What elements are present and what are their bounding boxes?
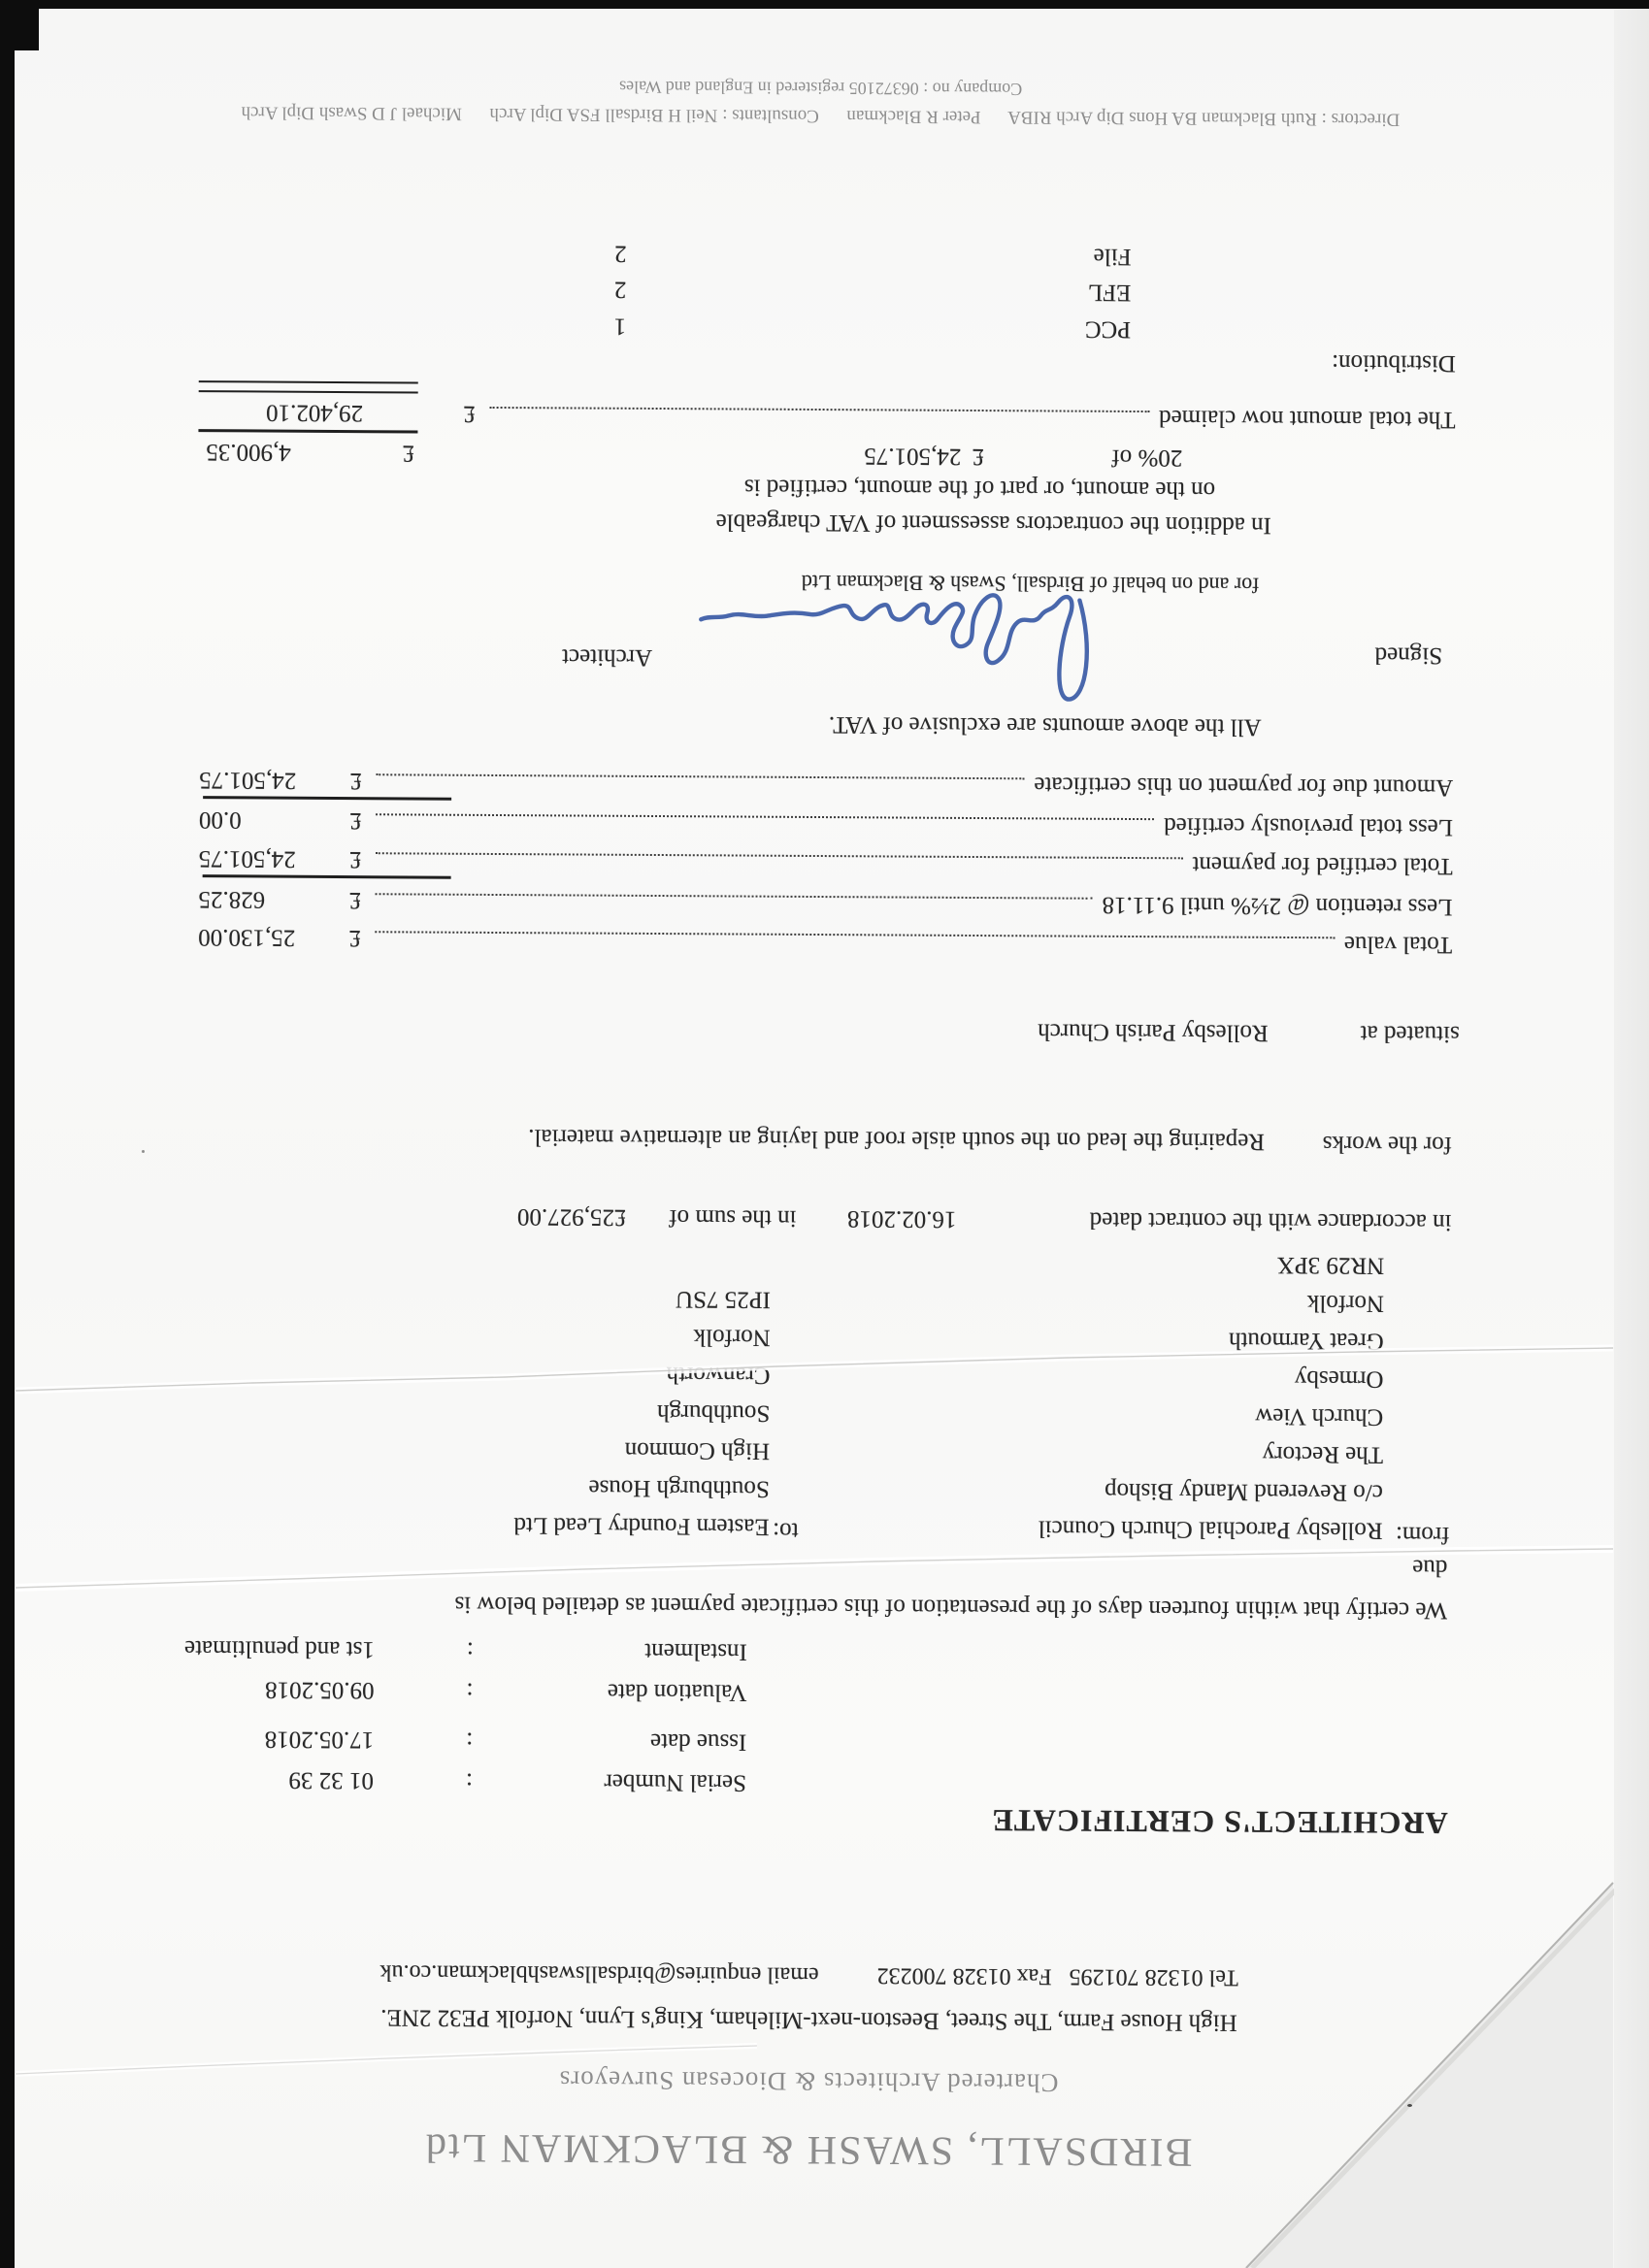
meta-value: 17.05.2018 [265,1726,375,1754]
row-label: Less total previously certified [1164,811,1453,840]
from-line: c/o Reverend Mandy Bishop [1039,1471,1383,1511]
to-line: Southburgh [514,1393,770,1432]
meta-row-issue-date: Issue date:17.05.2018 [265,1724,747,1758]
scanner-edge-left [0,0,15,2268]
situated-value: Rollesby Parish Church [1038,1015,1269,1047]
financial-row-amount-due: Amount due for payment on this certifica… [199,766,1453,801]
contract-date: 16.02.2018 [847,1202,957,1234]
meta-colon: : [374,1724,473,1756]
meta-label: Valuation date [473,1675,746,1708]
from-line: Church View [1039,1396,1383,1435]
vat-calc-label: 20% of [1111,442,1182,473]
vat-amount-rule [198,430,417,434]
dot-leader [376,893,1093,900]
works-description: Repairing the lead on the south aisle ro… [411,1118,1265,1158]
scanned-document-page: { "letterhead": { "company": "BIRDSALL, … [0,0,1649,2268]
works-label: for the works [1323,1128,1453,1160]
from-line: Great Yarmouth [1039,1320,1384,1360]
currency-symbol: £ [441,400,476,427]
row-label: Total certified for payment [1192,850,1452,879]
situated-label: situated at [1361,1017,1460,1049]
financial-row-previous: Less total previously certified£0.00 [199,805,1453,840]
vat-calc-base: 24,501.75 [864,440,961,472]
to-line: Norfolk [515,1317,771,1357]
distribution-label: Distribution: [1332,346,1456,378]
financial-row-certified: Total certified for payment£24,501.75 [199,844,1453,879]
currency-symbol: £ [326,924,361,951]
meta-label: Serial Number [473,1765,746,1798]
paper-sheet: BIRDSALL, SWASH & BLACKMAN Ltd Chartered… [15,9,1614,2268]
meta-value: 09.05.2018 [265,1677,375,1704]
signature-stroke [701,593,1087,699]
company-contact: Tel 01328 701295 Fax 01328 700232 email … [10,1955,1609,1995]
sum-rule [203,875,451,879]
to-line: Eastern Foundry Lead Ltd [513,1506,769,1546]
vat-line1: In addition the contractors assessment o… [715,506,1271,540]
row-label: Less retention @ 2½% until 9.11.18 [1102,891,1452,920]
on-behalf-line: for and on behalf of Birdsall, Swash & B… [802,567,1260,601]
meta-label: Instalment [474,1634,747,1667]
contract-sum-label: in the sum of [669,1201,796,1233]
vat-line2: on the amount, or part of the amount, ce… [744,472,1215,506]
company-address: High House Farm, The Street, Beeston-nex… [9,1999,1608,2040]
row-label: Amount due for payment on this certifica… [1034,771,1453,801]
currency-symbol: £ [327,806,362,834]
meta-value: 01 32 39 [288,1767,374,1794]
vat-calc-currency: £ [973,441,985,472]
company-tagline: Chartered Architects & Diocesan Surveyor… [9,2061,1608,2102]
to-line: Cranworth [514,1355,770,1395]
meta-row-serial: Serial Number:01 32 39 [288,1764,746,1798]
to-line: High Common [514,1430,770,1470]
financial-row-retention: Less retention @ 2½% until 9.11.18£628.2… [198,885,1452,920]
certificate-document: BIRDSALL, SWASH & BLACKMAN Ltd Chartered… [8,4,1621,2268]
dot-leader [376,813,1154,820]
from-line: NR29 3PX [1039,1244,1384,1284]
company-name: BIRDSALL, SWASH & BLACKMAN Ltd [9,2129,1608,2170]
meta-colon: : [375,1633,474,1665]
total-claimed-double-rule [199,380,418,393]
certificate-title: ARCHITECT'S CERTIFICATE [991,1805,1447,1839]
from-line: Ormesby [1039,1358,1384,1397]
from-line: Rollesby Parochial Church Council [1039,1509,1383,1549]
row-amount: 24,501.75 [199,766,327,794]
distribution-row-pcc-name: PCC [1085,313,1131,345]
certify-line2: due [1412,1552,1447,1583]
dot-leader [376,773,1024,779]
from-label: from: [1396,1519,1450,1550]
from-address-block: Rollesby Parochial Church Council c/o Re… [1039,1244,1385,1549]
certify-line1: We certify that within fourteen days of … [454,1589,1447,1626]
scanner-edge-corner [0,0,39,50]
meta-label: Issue date [473,1725,746,1758]
meta-colon: : [374,1764,473,1796]
dot-leader [489,407,1149,412]
meta-colon: : [374,1674,473,1706]
financial-row-total-value: Total value£25,130.00 [198,923,1452,958]
distribution-row-efl-name: EFL [1088,277,1132,308]
distribution-row-efl-copies: 2 [614,274,627,305]
meta-row-instalment: Instalment:1st and penultimate [184,1632,747,1667]
scanner-background-strip [1614,9,1649,2268]
row-amount: 29,402.10 [266,399,441,427]
distribution-row-file-copies: 2 [614,238,627,269]
contract-intro: in accordance with the contract dated [1090,1204,1452,1237]
row-label: The total amount now claimed [1159,404,1456,433]
currency-symbol: £ [326,886,361,913]
vat-amount: 4,900.35 [206,436,385,468]
distribution-row-file-name: File [1094,241,1132,272]
currency-symbol: £ [327,845,362,872]
to-line: Southburgh House [514,1468,770,1508]
currency-symbol: £ [327,767,362,794]
row-amount: 0.00 [199,805,327,834]
row-amount: 628.25 [198,885,326,913]
meta-row-valuation-date: Valuation date:09.05.2018 [265,1674,747,1708]
total-claimed-row: The total amount now claimed£29,402.10 [201,398,1455,433]
to-line: IP25 7SU [515,1279,771,1319]
vat-amount-currency: £ [403,437,415,468]
dust-speck [142,1150,145,1153]
from-line: The Rectory [1039,1433,1383,1473]
to-label: to: [773,1515,799,1546]
dust-speck [1407,2104,1412,2107]
architect-role-label: Architect [562,641,652,673]
row-label: Total value [1344,930,1453,958]
from-line: Norfolk [1039,1282,1384,1322]
signed-label: Signed [1375,640,1443,671]
meta-value: 1st and penultimate [184,1635,375,1662]
dot-leader [375,931,1335,938]
distribution-row-pcc-copies: 1 [614,311,627,342]
contract-sum: £25,927.00 [517,1200,627,1233]
dot-leader [376,852,1183,859]
scanner-edge-top [0,0,1649,9]
to-address-block: Eastern Foundry Lead Ltd Southburgh Hous… [513,1279,771,1546]
row-amount: 24,501.75 [199,844,327,872]
row-amount: 25,130.00 [198,923,326,951]
sum-rule [203,797,451,801]
